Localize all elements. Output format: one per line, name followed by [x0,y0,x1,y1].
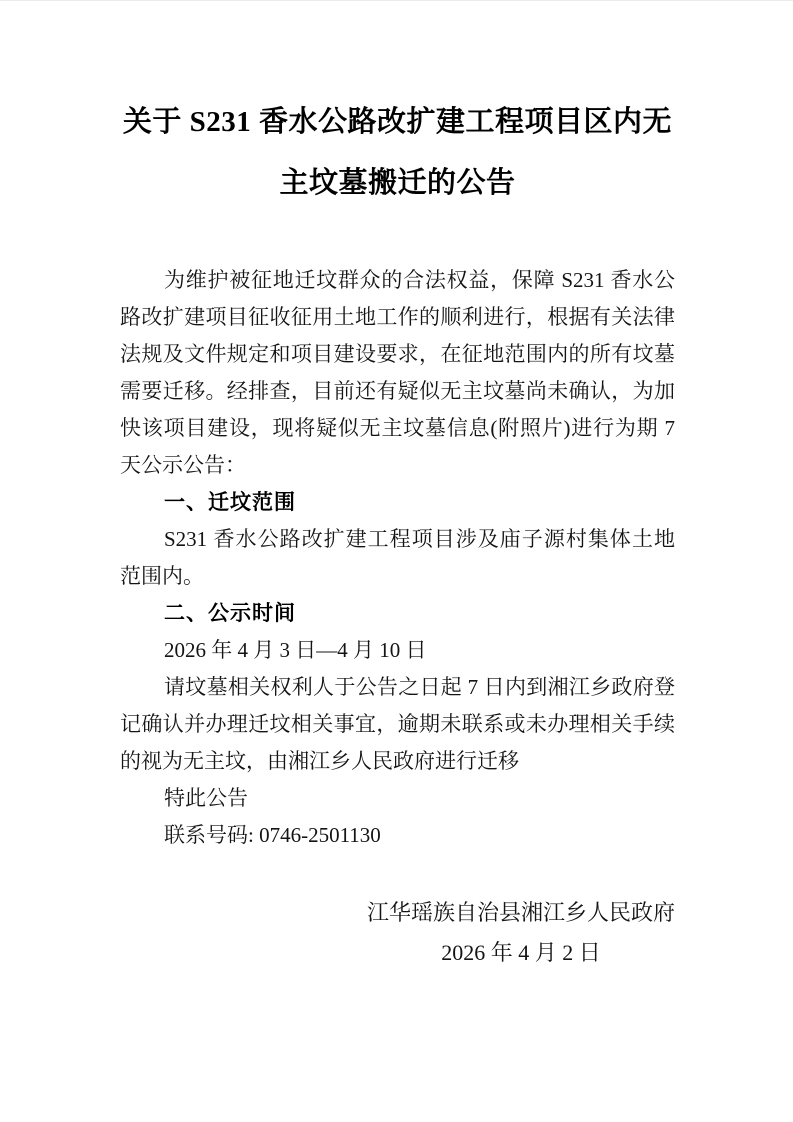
announcement-page: 关于 S231 香水公路改扩建工程项目区内无 主坟墓搬迁的公告 为维护被征地迁坟… [0,0,793,1122]
section1-heading: 一、迁坟范围 [120,484,675,521]
publicity-period: 2026 年 4 月 3 日—4 月 10 日 [120,632,675,669]
document-title-line1: 关于 S231 香水公路改扩建工程项目区内无 [120,92,675,153]
document-title-line2: 主坟墓搬迁的公告 [120,153,675,214]
text-line: 需要迁移。经排查，目前还有疑似无主坟墓尚未确认，为加 [120,373,675,410]
section2-heading: 二、公示时间 [120,595,675,632]
notice-paragraph: 请坟墓相关权利人于公告之日起 7 日内到湘江乡政府登记确认并办理迁坟相关事宜，逾… [120,669,675,780]
text-line: 请坟墓相关权利人于公告之日起 7 日内到湘江乡政府登 [120,669,675,706]
text-line: 快该项目建设，现将疑似无主坟墓信息(附照片)进行为期 7 [120,410,675,447]
text-line: 范围内。 [120,558,675,595]
contact-number: 联系号码: 0746-2501130 [120,817,675,854]
issuing-authority: 江华瑶族自治县湘江乡人民政府 [367,893,675,933]
text-line: 记确认并办理迁坟相关事宜，逾期未联系或未办理相关手续 [120,706,675,743]
section1-paragraph: S231 香水公路改扩建工程项目涉及庙子源村集体土地范围内。 [120,521,675,595]
signature-block: 江华瑶族自治县湘江乡人民政府 2026 年 4 月 2 日 [367,893,675,973]
text-line: 法规及文件规定和项目建设要求，在征地范围内的所有坟墓 [120,336,675,373]
closing-line: 特此公告 [120,780,675,817]
text-line: 路改扩建项目征收征用土地工作的顺利进行，根据有关法律 [120,299,675,336]
issue-date: 2026 年 4 月 2 日 [367,933,675,973]
text-line: 天公示公告： [120,447,675,484]
text-line: 为维护被征地迁坟群众的合法权益，保障 S231 香水公 [120,262,675,299]
document-title: 关于 S231 香水公路改扩建工程项目区内无 主坟墓搬迁的公告 [120,92,675,214]
text-line: S231 香水公路改扩建工程项目涉及庙子源村集体土地 [120,521,675,558]
text-line: 的视为无主坟，由湘江乡人民政府进行迁移 [120,743,675,780]
intro-paragraph: 为维护被征地迁坟群众的合法权益，保障 S231 香水公路改扩建项目征收征用土地工… [120,262,675,484]
document-body: 为维护被征地迁坟群众的合法权益，保障 S231 香水公路改扩建项目征收征用土地工… [120,262,675,973]
